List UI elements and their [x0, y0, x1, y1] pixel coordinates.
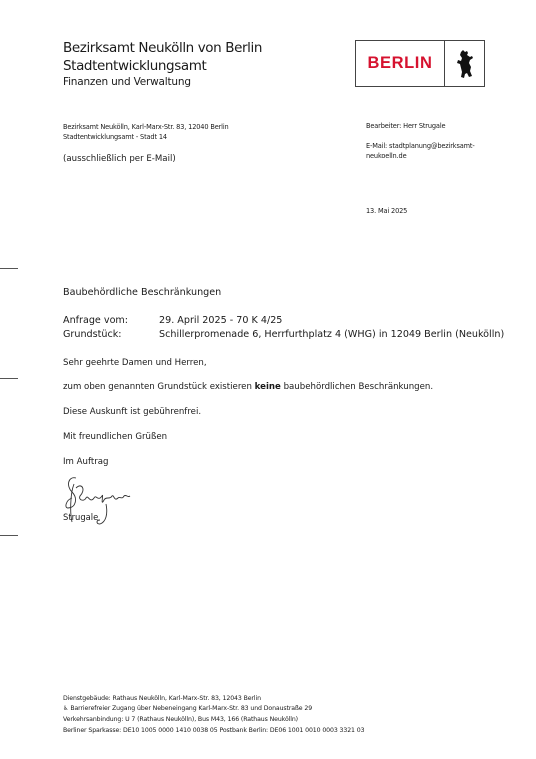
contact-email-line1[interactable]: E-Mail: stadtplanung@bezirksamt- — [366, 142, 475, 150]
fold-mark-bottom — [0, 535, 18, 536]
statement-before: zum oben genannten Grundstück existieren — [63, 382, 255, 392]
fold-mark-top — [0, 268, 18, 269]
statement-emphasis: keine — [255, 382, 281, 392]
on-behalf: Im Auftrag — [63, 457, 108, 467]
footer-transit: Verkehrsanbindung: U 7 (Rathaus Neukölln… — [63, 716, 298, 723]
sender-address-line1: Bezirksamt Neukölln, Karl-Marx-Str. 83, … — [63, 123, 229, 131]
berlin-logo: BERLIN — [355, 40, 485, 87]
contact-email-line2[interactable]: neukoelln.de — [366, 152, 406, 160]
statement: zum oben genannten Grundstück existieren… — [63, 382, 433, 392]
delivery-note: (ausschließlich per E-Mail) — [63, 154, 176, 164]
signer-name: Strugale — [63, 512, 98, 522]
closing: Mit freundlichen Grüßen — [63, 432, 167, 442]
reference-label-property: Grundstück: — [63, 329, 122, 340]
department-name: Stadtentwicklungsamt — [63, 58, 206, 74]
footer-accessibility: ♿ Barrierefreier Zugang über Nebeneingan… — [63, 705, 312, 712]
punch-mark — [0, 378, 18, 379]
logo-text: BERLIN — [356, 41, 445, 86]
footer-office: Dienstgebäude: Rathaus Neukölln, Karl-Ma… — [63, 695, 261, 702]
division-name: Finanzen und Verwaltung — [63, 76, 191, 88]
footer-bank: Berliner Sparkasse: DE10 1005 0000 1410 … — [63, 727, 364, 734]
sender-address-line2: Stadtentwicklungsamt - Stadt 14 — [63, 133, 167, 141]
reference-value-property: Schillerpromenade 6, Herrfurthplatz 4 (W… — [159, 329, 504, 340]
statement-after: baubehördlichen Beschränkungen. — [281, 382, 433, 392]
reference-label-request: Anfrage vom: — [63, 315, 128, 326]
reference-value-request: 29. April 2025 - 70 K 4/25 — [159, 315, 282, 326]
berlin-bear-icon — [445, 41, 484, 86]
editor-name: Bearbeiter: Herr Strugale — [366, 122, 445, 130]
fee-note: Diese Auskunft ist gebührenfrei. — [63, 407, 201, 417]
org-name: Bezirksamt Neukölln von Berlin — [63, 40, 262, 56]
salutation: Sehr geehrte Damen und Herren, — [63, 358, 207, 368]
letter-date: 13. Mai 2025 — [366, 207, 407, 215]
subject-line: Baubehördliche Beschränkungen — [63, 287, 221, 298]
handwritten-signature — [60, 474, 140, 533]
